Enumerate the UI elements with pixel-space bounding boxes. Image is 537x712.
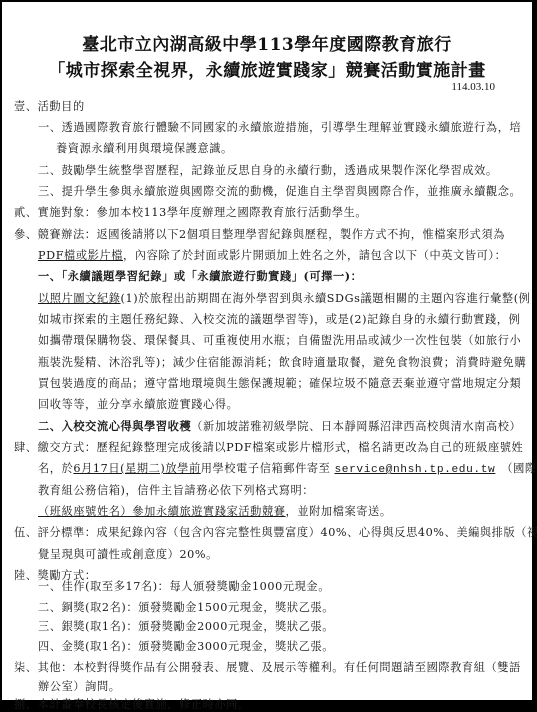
section-3-item-1-line-4: 瓶裝洗髮精、沐浴乳等)；減少住宿能源消耗；飲食時適量取餐，避免食物浪費；消費時避… (38, 354, 526, 370)
section-3-item-2-schools: （新加坡諾雅初級學院、日本靜岡縣沼津西高校與清水南高校） (191, 420, 521, 433)
title-line-2: 「城市探索全視界，永續旅遊實踐家」競賽活動實施計畫 (2, 56, 532, 81)
section-4-line-4-post: ，並附加檔案寄送。 (286, 505, 392, 518)
section-4-line-3: 教育組公務信箱)，信件主旨請務必依下列格式寫明： (38, 482, 314, 498)
section-3-item-1-line-5: 買包裝過度的商品；遵守當地環境與生態保護規範；確保垃圾不隨意丟棄並遵守當地規定分… (38, 375, 521, 391)
section-4-line-2-pre: 名，於 (38, 462, 73, 475)
section-4-line-2-mid: 用學校電子信箱郵件寄至 (201, 462, 331, 475)
section-4-line-1: 肆、繳交方式：歷程紀錄整理完成後請以PDF檔案或影片檔形式，檔名請更改為自己的班… (14, 439, 523, 455)
section-1-item-1-cont: 養資源永續利用與環境保護意識。 (56, 140, 233, 156)
section-4-line-2-post: （國際 (501, 462, 536, 475)
section-5-line-2: 覺呈現與可讀性或創意度）20%。 (38, 546, 218, 562)
email-link[interactable]: service@nhsh.tp.edu.tw (334, 464, 495, 476)
title-line-1: 臺北市立內湖高級中學113學年度國際教育旅行 (2, 30, 532, 55)
award-honorable-mention: 一、佳作(取至多17名)：每人頒發獎勵金1000元現金。 (38, 578, 330, 594)
section-3-item-1-line-6: 回收等等，並分享永續旅遊實踐心得。 (38, 396, 238, 412)
section-3-line-2-rest: ，內容除了於封面或影片開頭加上姓名之外，請包含以下（中英文皆可）： (123, 249, 506, 262)
submission-deadline: 6月17日(星期二)放學前 (73, 462, 200, 475)
section-7-line-1: 柒、其他：本校對得獎作品有公開發表、展覽、及展示等權利。有任何問題請至國際教育組… (14, 659, 521, 675)
section-1-heading: 壹、活動目的 (14, 98, 85, 114)
email-subject-format: （班級座號姓名）參加永續旅遊實踐家活動競賽 (38, 505, 286, 518)
section-5-line-1: 伍、評分標準：成果紀錄內容（包含內容完整性與豐富度）40%、心得與反思40%、美… (14, 524, 537, 540)
section-7-line-2: 辦公室）詢問。 (38, 678, 121, 694)
section-3-item-2: 二、入校交流心得與學習收穫（新加坡諾雅初級學院、日本靜岡縣沼津西高校與清水南高校… (38, 418, 521, 434)
section-4-line-4: （班級座號姓名）參加永續旅遊實踐家活動競賽，並附加檔案寄送。 (38, 503, 392, 519)
section-2-text: 貳、實施對象：參加本校113學年度辦理之國際教育旅行活動學生。 (14, 204, 367, 220)
section-8-text: 捌、本計畫奉校長核定後實施，修正時亦同。 (14, 696, 250, 704)
section-3-item-1-heading: 一、「永續議題學習紀錄」或「永續旅遊行動實踐」(可擇一)： (38, 268, 362, 284)
section-3-line-1: 參、競賽辦法：返國後請將以下2個項目整理學習紀錄與歷程，製作方式不拘，惟檔案形式… (14, 226, 505, 242)
document-page: 臺北市立內湖高級中學113學年度國際教育旅行 「城市探索全視界，永續旅遊實踐家」… (2, 2, 532, 700)
award-bronze: 二、銅獎(取2名)：頒發獎勵金1500元現金，獎狀乙張。 (38, 599, 334, 615)
section-4-line-2: 名，於6月17日(星期二)放學前用學校電子信箱郵件寄至service@nhsh.… (38, 460, 537, 476)
document-date: 114.03.10 (451, 81, 495, 93)
award-gold: 四、金獎(取1名)：頒發獎勵金3000元現金，獎狀乙張。 (38, 638, 334, 654)
section-1-item-3: 三、提升學生參與永續旅遊與國際交流的動機，促進自主學習與國際合作，並推廣永續觀念… (38, 183, 521, 199)
section-3-item-1-line-1: 以照片圖文紀錄(1)於旅程出訪期間在海外學習到與永續SDGs議題相關的主題內容進… (38, 290, 530, 306)
award-silver: 三、銀獎(取1名)：頒發獎勵金2000元現金，獎狀乙張。 (38, 618, 334, 634)
section-3-item-1-text: (1)於旅程出訪期間在海外學習到與永續SDGs議題相關的主題內容進行彙整(例 (121, 292, 531, 305)
section-3-item-1-line-3: 如攜帶環保購物袋、環保餐具、可重複使用水瓶；自備盥洗用品或減少一次性包裝（如旅行… (38, 332, 521, 348)
section-3-item-1-line-2: 如城市探索的主題任務紀錄、入校交流的議題學習等)，或是(2)記錄自身的永續行動實… (38, 311, 520, 327)
file-format-requirement: PDF檔或影片檔 (38, 249, 123, 262)
section-3-item-2-heading: 二、入校交流心得與學習收穫 (38, 419, 191, 433)
section-3-line-2: PDF檔或影片檔，內容除了於封面或影片開頭加上姓名之外，請包含以下（中英文皆可）… (38, 247, 506, 263)
photo-record-label: 以照片圖文紀錄 (38, 292, 121, 305)
section-1-item-2: 二、鼓勵學生統整學習歷程，記錄並反思自身的永續行動，透過成果製作深化學習成效。 (38, 162, 498, 178)
section-1-item-1: 一、透過國際教育旅行體驗不同國家的永續旅遊措施，引導學生理解並實踐永續旅遊行為，… (38, 119, 521, 135)
